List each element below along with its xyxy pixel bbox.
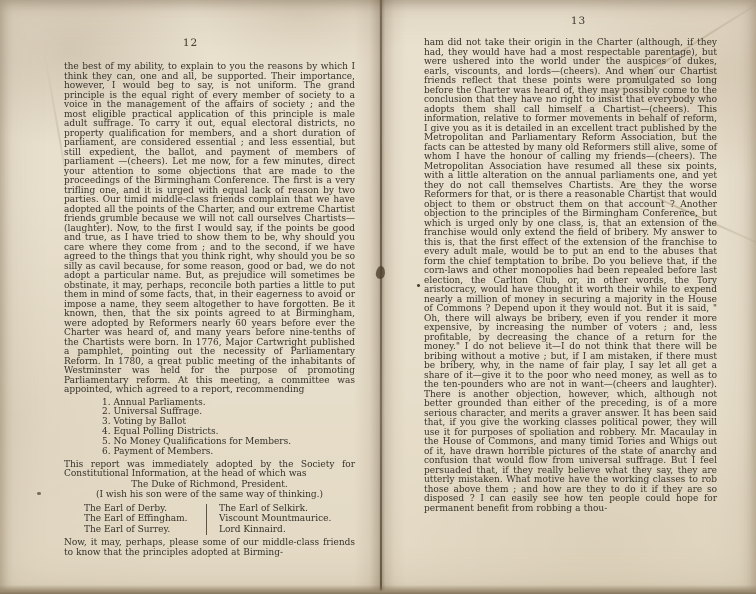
report-paragraph: This report was immediately adopted by t… [64, 461, 355, 480]
binding-line [380, 0, 382, 594]
body-paragraph: the best of my ability, to explain to yo… [64, 63, 355, 396]
paper-speck [37, 492, 41, 495]
book-bottom-edge [0, 585, 756, 594]
list-item: 6. Payment of Members. [102, 448, 355, 458]
peers-column-left: The Earl of Derby. The Earl of Effingham… [84, 504, 206, 535]
peer-name: Viscount Mountmaurice. [219, 514, 355, 524]
page-number: 12 [45, 38, 336, 49]
peer-name: The Earl of Surrey. [84, 525, 206, 535]
peer-name: The Earl of Selkirk. [219, 504, 355, 514]
right-page: 13 ham did not take their origin in the … [424, 16, 717, 514]
body-paragraph: ham did not take their origin in the Cha… [424, 39, 717, 514]
reform-points-list: 1. Annual Parliaments. 2. Universal Suff… [102, 399, 355, 458]
president-line: The Duke of Richmond, President. [64, 480, 355, 491]
stitch-knot [375, 265, 386, 279]
peers-column-right: The Earl of Selkirk. Viscount Mountmauri… [219, 504, 355, 535]
aside-line: (I wish his son were of the same way of … [64, 490, 355, 501]
book-scan: 12 the best of my ability, to explain to… [0, 0, 756, 594]
peer-name: The Earl of Effingham. [84, 514, 206, 524]
peer-name: Lord Kinnaird. [219, 525, 355, 535]
peers-table: The Earl of Derby. The Earl of Effingham… [84, 504, 355, 535]
paper-speck [96, 222, 99, 224]
book-gutter [354, 0, 406, 594]
page-number: 13 [432, 16, 725, 27]
peer-name: The Earl of Derby. [84, 504, 206, 514]
peers-divider [206, 504, 207, 535]
closing-paragraph: Now, it may, perhaps, please some of our… [64, 539, 355, 558]
left-page: 12 the best of my ability, to explain to… [64, 38, 355, 558]
paper-speck [417, 284, 420, 287]
